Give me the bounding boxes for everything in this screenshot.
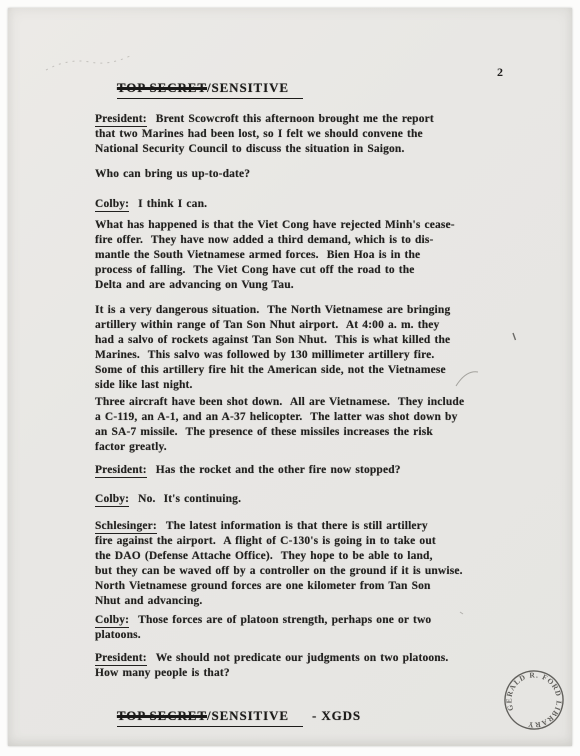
paragraph-text: Who can bring us up-to-date? bbox=[95, 168, 250, 180]
paragraph-schlesinger-1: Schlesinger:The latest information is th… bbox=[95, 519, 463, 609]
paragraph-president-1: President:Brent Scowcroft this afternoon… bbox=[95, 112, 434, 157]
paragraph-colby-1: Colby:I think I can. bbox=[95, 197, 207, 212]
classification-footer-struck: TOP SECRET bbox=[117, 708, 207, 723]
classification-header-struck: TOP SECRET bbox=[117, 80, 207, 95]
paragraph-text: Those forces are of platoon strength, pe… bbox=[95, 614, 431, 641]
speaker-label: President: bbox=[95, 652, 147, 666]
classification-footer-underline: TOP SECRET/SENSITIVE bbox=[117, 708, 303, 727]
paragraph-text: No. It's continuing. bbox=[138, 493, 241, 505]
paragraph-colby-5: Colby:No. It's continuing. bbox=[95, 492, 241, 507]
paragraph-text: We should not predicate our judgments on… bbox=[95, 652, 448, 679]
stamp-text: GERALD R. FORD LIBRARY bbox=[498, 664, 570, 736]
paragraph-colby-2: What has happened is that the Viet Cong … bbox=[95, 218, 455, 293]
ford-library-stamp: GERALD R. FORD LIBRARY bbox=[494, 660, 572, 740]
paragraph-colby-4: Three aircraft have been shot down. All … bbox=[95, 395, 464, 455]
paragraph-text: Three aircraft have been shot down. All … bbox=[95, 396, 464, 453]
paragraph-president-2: Who can bring us up-to-date? bbox=[95, 167, 250, 182]
classification-footer-rest: /SENSITIVE bbox=[207, 708, 289, 723]
speaker-label: Colby: bbox=[95, 614, 129, 628]
paragraph-president-4: President:We should not predicate our ju… bbox=[95, 651, 448, 681]
pencil-arc-mark bbox=[456, 372, 478, 386]
speaker-label: Colby: bbox=[95, 198, 129, 212]
page-number: 2 bbox=[497, 65, 503, 80]
speaker-label: Schlesinger: bbox=[95, 520, 157, 534]
scanned-document-viewport: TOP SECRET/SENSITIVE 2 President:Brent S… bbox=[0, 0, 580, 756]
speaker-label: Colby: bbox=[95, 493, 129, 507]
classification-header-rest: /SENSITIVE bbox=[207, 80, 289, 95]
paragraph-text: What has happened is that the Viet Cong … bbox=[95, 219, 455, 291]
classification-header-underline: TOP SECRET/SENSITIVE bbox=[117, 80, 303, 99]
paragraph-colby-3: It is a very dangerous situation. The No… bbox=[95, 303, 450, 393]
pen-tick-mark bbox=[513, 333, 516, 340]
paragraph-colby-6: Colby:Those forces are of platoon streng… bbox=[95, 613, 431, 643]
pencil-dot-mark bbox=[460, 612, 463, 614]
paragraph-text: The latest information is that there is … bbox=[95, 520, 463, 607]
paragraph-text: Has the rocket and the other fire now st… bbox=[156, 464, 401, 476]
paragraph-text: I think I can. bbox=[138, 198, 207, 210]
paragraph-text: It is a very dangerous situation. The No… bbox=[95, 304, 450, 391]
speaker-label: President: bbox=[95, 464, 147, 478]
classification-footer: TOP SECRET/SENSITIVE- XGDS bbox=[92, 692, 361, 743]
speaker-label: President: bbox=[95, 113, 147, 127]
svg-text:GERALD R. FORD LIBRARY: GERALD R. FORD LIBRARY bbox=[498, 664, 570, 736]
classification-footer-suffix: - XGDS bbox=[312, 708, 361, 723]
paragraph-president-3: President:Has the rocket and the other f… bbox=[95, 463, 401, 478]
document-page: TOP SECRET/SENSITIVE 2 President:Brent S… bbox=[8, 8, 572, 746]
classification-header: TOP SECRET/SENSITIVE bbox=[92, 64, 303, 115]
